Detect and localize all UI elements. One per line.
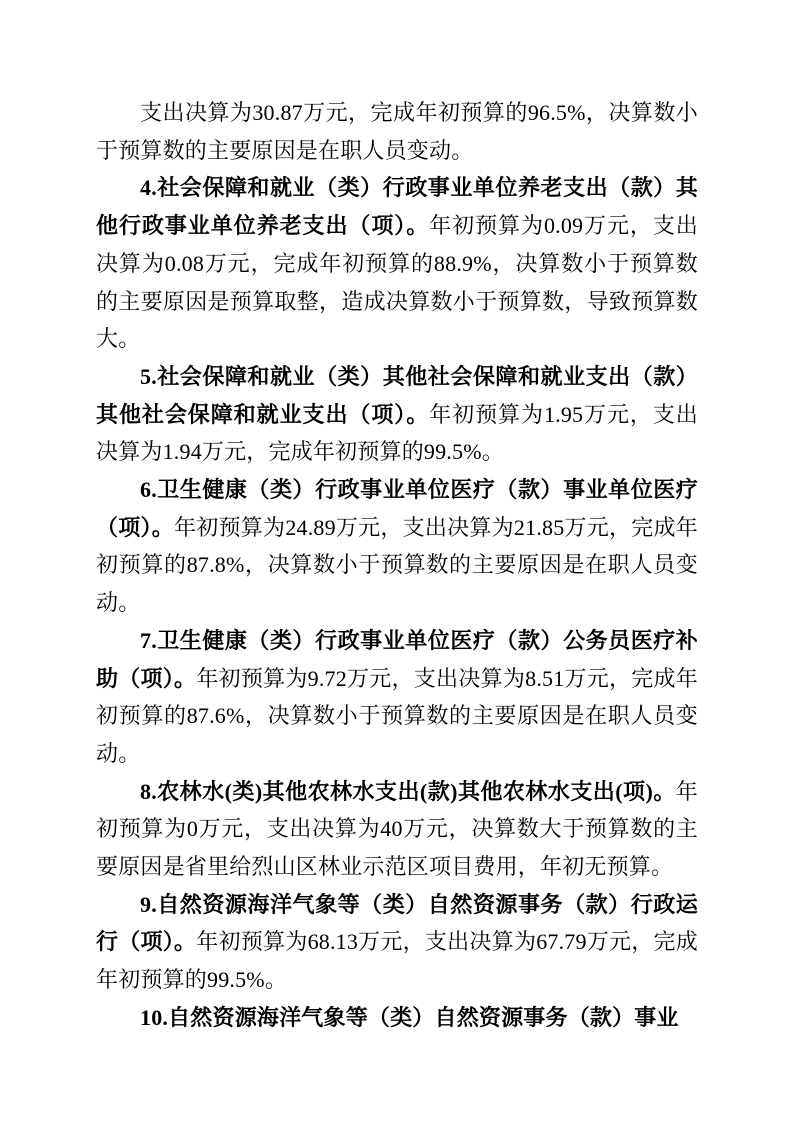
paragraph-body: 年初预算为24.89万元，支出决算为21.85万元，完成年初预算的87.8%，决… bbox=[96, 515, 698, 615]
paragraph-item-9: 9.自然资源海洋气象等（类）自然资源事务（款）行政运行（项）。年初预算为68.1… bbox=[96, 886, 698, 999]
paragraph-item-5: 5.社会保障和就业（类）其他社会保障和就业支出（款）其他社会保障和就业支出（项）… bbox=[96, 358, 698, 471]
paragraph-item-4: 4.社会保障和就业（类）行政事业单位养老支出（款）其他行政事业单位养老支出（项）… bbox=[96, 169, 698, 358]
continuation-paragraph: 支出决算为30.87万元，完成年初预算的96.5%，决算数小于预算数的主要原因是… bbox=[96, 94, 698, 169]
paragraph-item-6: 6.卫生健康（类）行政事业单位医疗（款）事业单位医疗（项）。年初预算为24.89… bbox=[96, 471, 698, 622]
document-content: 支出决算为30.87万元，完成年初预算的96.5%，决算数小于预算数的主要原因是… bbox=[96, 94, 698, 1037]
paragraph-heading: 8.农林水(类)其他农林水支出(款)其他农林水支出(项)。 bbox=[140, 779, 676, 804]
paragraph-item-8: 8.农林水(类)其他农林水支出(款)其他农林水支出(项)。年初预算为0万元，支出… bbox=[96, 773, 698, 886]
document-page: 支出决算为30.87万元，完成年初预算的96.5%，决算数小于预算数的主要原因是… bbox=[0, 0, 794, 1122]
paragraph-item-10: 10.自然资源海洋气象等（类）自然资源事务（款）事业 bbox=[96, 999, 698, 1037]
paragraph-heading: 10.自然资源海洋气象等（类）自然资源事务（款）事业 bbox=[140, 1005, 679, 1030]
paragraph-item-7: 7.卫生健康（类）行政事业单位医疗（款）公务员医疗补助（项）。年初预算为9.72… bbox=[96, 622, 698, 773]
continuation-text: 支出决算为30.87万元，完成年初预算的96.5%，决算数小于预算数的主要原因是… bbox=[96, 100, 698, 163]
